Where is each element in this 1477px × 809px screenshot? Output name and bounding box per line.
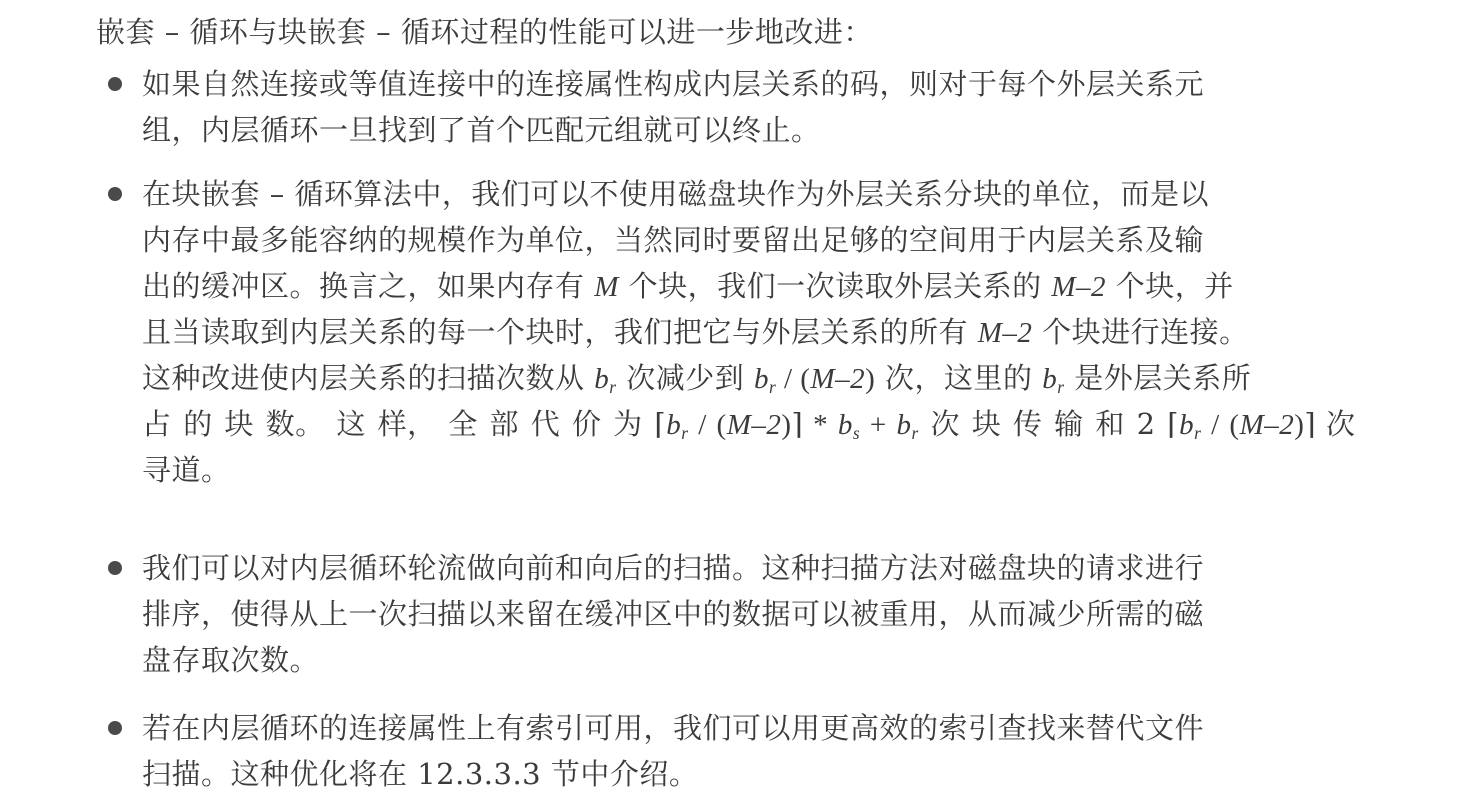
text-line: 若在内层循环的连接属性上有索引可用，我们可以用更高效的索引查找来替代文件 — [142, 706, 1204, 750]
bullet-dot-icon — [108, 187, 122, 201]
text-line: 盘存取次数。 — [142, 638, 319, 682]
math-expr-m-minus-2: M–2 — [1051, 271, 1106, 303]
text-line: 这种改进使内层关系的扫描次数从 br 次减少到 br / (M–2) 次，这里的… — [142, 356, 1251, 401]
bullet-dot-icon — [108, 721, 122, 735]
text-line-cost-formula: 占 的 块 数。 这 样， 全 部 代 价 为 ⌈br / (M–2)⌉ * b… — [142, 402, 1356, 447]
math-var-br: br — [1179, 409, 1201, 441]
math-var-br: br — [1042, 363, 1064, 395]
intro-paragraph: 嵌套 – 循环与块嵌套 – 循环过程的性能可以进一步地改进： — [96, 10, 873, 54]
text-line: 在块嵌套 – 循环算法中，我们可以不使用磁盘块作为外层关系分块的单位，而是以 — [142, 172, 1209, 216]
document-page: 嵌套 – 循环与块嵌套 – 循环过程的性能可以进一步地改进： 如果自然连接或等值… — [0, 0, 1477, 809]
math-var-m: M — [594, 271, 619, 303]
math-var-br: br — [666, 409, 688, 441]
text-line: 我们可以对内层循环轮流做向前和向后的扫描。这种扫描方法对磁盘块的请求进行 — [142, 546, 1204, 590]
text-line: 且当读取到内层关系的每一个块时，我们把它与外层关系的所有 M–2 个块进行连接。 — [142, 310, 1249, 355]
text-line: 内存中最多能容纳的规模作为单位，当然同时要留出足够的空间用于内层关系及输 — [142, 218, 1204, 262]
bullet-dot-icon — [108, 561, 122, 575]
text-line: 如果自然连接或等值连接中的连接属性构成内层关系的码，则对于每个外层关系元 — [142, 62, 1204, 106]
math-var-br: br — [594, 363, 616, 395]
text-line: 组，内层循环一旦找到了首个匹配元组就可以终止。 — [142, 108, 821, 152]
math-var-br: br — [897, 409, 919, 441]
text-line: 出的缓冲区。换言之，如果内存有 M 个块，我们一次读取外层关系的 M–2 个块，… — [142, 264, 1234, 309]
text-line: 扫描。这种优化将在 12.3.3.3 节中介绍。 — [142, 752, 698, 796]
math-var-bs: bs — [838, 409, 860, 441]
bullet-dot-icon — [108, 77, 122, 91]
text-line: 寻道。 — [142, 448, 231, 492]
math-expr-m-minus-2: M–2 — [978, 317, 1033, 349]
math-var-br: br — [754, 363, 776, 395]
text-line: 排序，使得从上一次扫描以来留在缓冲区中的数据可以被重用，从而减少所需的磁 — [142, 592, 1204, 636]
